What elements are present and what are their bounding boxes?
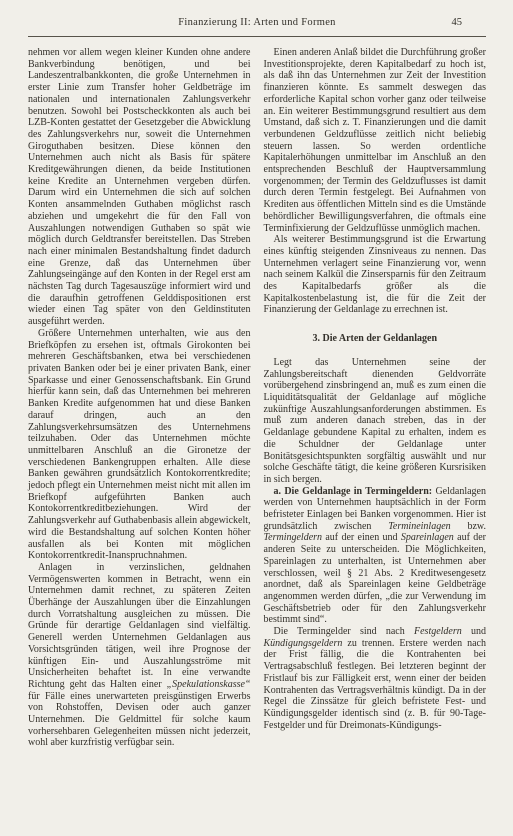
paragraph: Legt das Unternehmen seine der Zahlungsb…	[264, 357, 487, 486]
body-text: und	[462, 626, 486, 637]
body-text: für Fälle eines unerwarteten preisgünsti…	[28, 691, 251, 749]
body-text: Größere Unternehmen unterhalten, wie aus…	[28, 328, 251, 561]
bold-lead-text: a. Die Geldanlage in Termingeldern:	[274, 486, 436, 497]
header-rule	[28, 36, 486, 37]
text-columns: nehmen vor allem wegen kleiner Kunden oh…	[28, 47, 486, 749]
body-text: Einen anderen Anlaß bildet die Durchführ…	[264, 47, 487, 234]
paragraph: Einen anderen Anlaß bildet die Durchführ…	[264, 47, 487, 234]
body-text: Anlagen in verzinslichen, geldnahen Verm…	[28, 562, 251, 690]
right-column-upper-paragraphs: Einen anderen Anlaß bildet die Durchführ…	[264, 47, 487, 316]
body-text: Als weiterer Bestimmungsgrund ist die Er…	[264, 234, 487, 315]
paragraph: Größere Unternehmen unterhalten, wie aus…	[28, 328, 251, 562]
emphasized-text: „Spekulationskasse“	[167, 679, 251, 690]
paragraph: a. Die Geldanlage in Termingeldern: Geld…	[264, 486, 487, 626]
body-text: bzw.	[451, 521, 486, 532]
body-text: auf der einen und	[322, 532, 401, 543]
body-text: nehmen vor allem wegen kleiner Kunden oh…	[28, 47, 251, 327]
right-column-lower-paragraphs: Legt das Unternehmen seine der Zahlungsb…	[264, 357, 487, 732]
paragraph: Als weiterer Bestimmungsgrund ist die Er…	[264, 234, 487, 316]
page-header: Finanzierung II: Arten und Formen 45	[28, 17, 486, 31]
emphasized-text: Festgeldern	[414, 626, 462, 637]
book-page: Finanzierung II: Arten und Formen 45 neh…	[0, 0, 513, 836]
running-title: Finanzierung II: Arten und Formen	[28, 17, 486, 28]
emphasized-text: Kündigungsgeldern	[264, 638, 343, 649]
paragraph: Die Termingelder sind nach Festgeldern u…	[264, 626, 487, 731]
body-text: zu trennen. Erstere werden nach der Fris…	[264, 638, 487, 731]
emphasized-text: Spareinlagen	[401, 532, 454, 543]
right-column: Einen anderen Anlaß bildet die Durchführ…	[264, 47, 487, 749]
body-text: Legt das Unternehmen seine der Zahlungsb…	[264, 357, 487, 485]
emphasized-text: Termineinlagen	[388, 521, 450, 532]
left-column: nehmen vor allem wegen kleiner Kunden oh…	[28, 47, 251, 749]
page-number: 45	[452, 17, 463, 28]
emphasized-text: Termingeldern	[264, 532, 323, 543]
body-text: Die Termingelder sind nach	[274, 626, 415, 637]
paragraph: nehmen vor allem wegen kleiner Kunden oh…	[28, 47, 251, 328]
body-text: auf der anderen Seite zu unterscheiden. …	[264, 532, 487, 625]
paragraph: Anlagen in verzinslichen, geldnahen Verm…	[28, 562, 251, 749]
section-heading: 3. Die Arten der Geldanlagen	[264, 333, 487, 345]
